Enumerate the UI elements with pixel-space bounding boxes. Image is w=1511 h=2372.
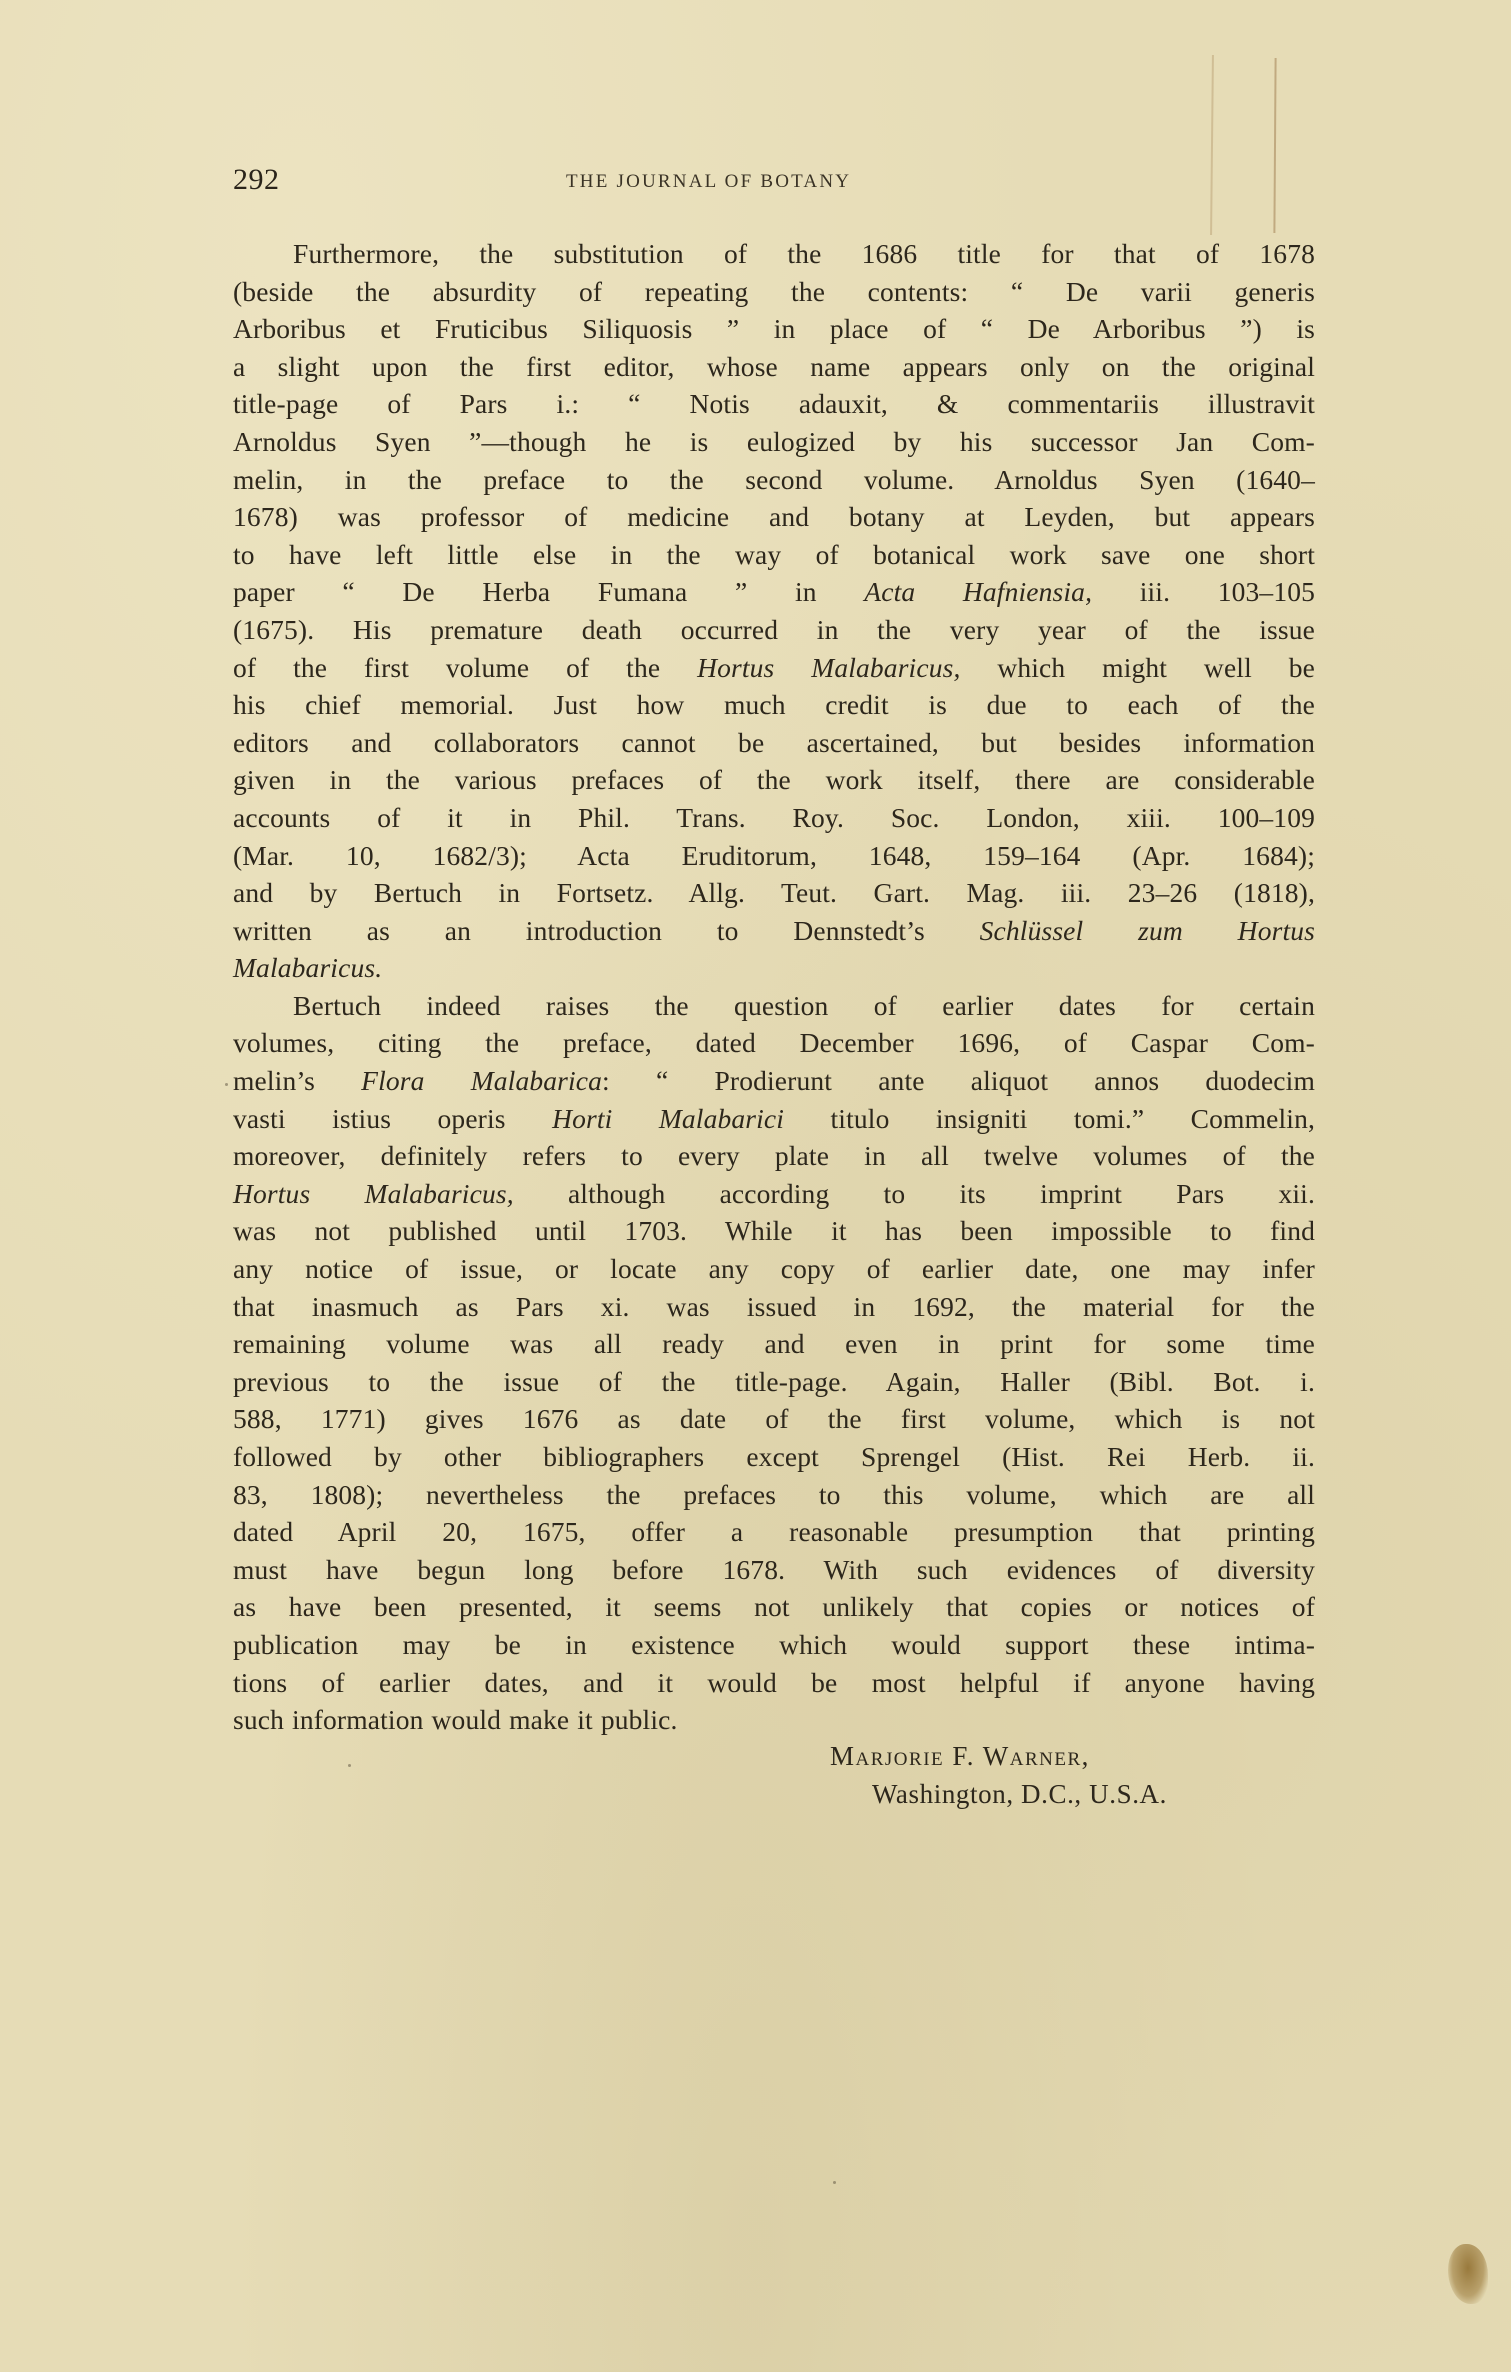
text-line: paper “ De Herba Fumana ” in Acta Hafnie… bbox=[233, 573, 1315, 611]
text-line: to have left little else in the way of b… bbox=[233, 536, 1315, 574]
text-run: (Mar. 10, 1682/3); Acta Eruditorum, 1648… bbox=[233, 840, 1315, 871]
text-run: any notice of issue, or locate any copy … bbox=[233, 1253, 1315, 1284]
text-line: melin’s Flora Malabarica: “ Prodierunt a… bbox=[233, 1062, 1315, 1100]
text-run: Arboribus et Fruticibus Siliquosis ” in … bbox=[233, 313, 1315, 344]
text-line: accounts of it in Phil. Trans. Roy. Soc.… bbox=[233, 799, 1315, 837]
text-line: melin, in the preface to the second volu… bbox=[233, 461, 1315, 499]
text-line: remaining volume was all ready and even … bbox=[233, 1325, 1315, 1363]
italic-title: Flora Malabarica bbox=[361, 1065, 602, 1096]
text-line: of the first volume of the Hortus Malaba… bbox=[233, 649, 1315, 687]
text-line: editors and collaborators cannot be asce… bbox=[233, 724, 1315, 762]
text-line: 1678) was professor of medicine and bota… bbox=[233, 498, 1315, 536]
text-run: (1675). His premature death occurred in … bbox=[233, 614, 1315, 645]
text-run: iii. 103–105 bbox=[1092, 576, 1315, 607]
text-line: a slight upon the first editor, whose na… bbox=[233, 348, 1315, 386]
text-line: and by Bertuch in Fortsetz. Allg. Teut. … bbox=[233, 874, 1315, 912]
text-run: (beside the absurdity of repeating the c… bbox=[233, 276, 1315, 307]
text-line: his chief memorial. Just how much credit… bbox=[233, 686, 1315, 724]
text-run: accounts of it in Phil. Trans. Roy. Soc.… bbox=[233, 802, 1315, 833]
text-line: (Mar. 10, 1682/3); Acta Eruditorum, 1648… bbox=[233, 837, 1315, 875]
text-line: that inasmuch as Pars xi. was issued in … bbox=[233, 1288, 1315, 1326]
text-line: publication may be in existence which wo… bbox=[233, 1626, 1315, 1664]
text-line: (1675). His premature death occurred in … bbox=[233, 611, 1315, 649]
text-line: 83, 1808); nevertheless the prefaces to … bbox=[233, 1476, 1315, 1514]
text-run: vasti istius operis bbox=[233, 1103, 552, 1134]
text-run: and by Bertuch in Fortsetz. Allg. Teut. … bbox=[233, 877, 1315, 908]
text-run: which might well be bbox=[960, 652, 1315, 683]
text-run: must have begun long before 1678. With s… bbox=[233, 1554, 1315, 1585]
italic-title: Hortus Malabaricus, bbox=[233, 1178, 514, 1209]
text-run: his chief memorial. Just how much credit… bbox=[233, 689, 1315, 720]
text-run: a slight upon the first editor, whose na… bbox=[233, 351, 1315, 382]
text-line: Bertuch indeed raises the question of ea… bbox=[233, 987, 1315, 1025]
italic-title: Malabaricus. bbox=[233, 952, 382, 983]
ink-stain bbox=[1448, 2244, 1488, 2304]
text-line: any notice of issue, or locate any copy … bbox=[233, 1250, 1315, 1288]
text-run: Furthermore, the substitution of the 168… bbox=[293, 238, 1315, 269]
text-run: Arnoldus Syen ”—though he is eulogized b… bbox=[233, 426, 1315, 457]
text-line: such information would make it public. bbox=[233, 1701, 1315, 1739]
text-run: given in the various prefaces of the wor… bbox=[233, 764, 1315, 795]
text-run: editors and collaborators cannot be asce… bbox=[233, 727, 1315, 758]
text-run: moreover, definitely refers to every pla… bbox=[233, 1140, 1315, 1171]
text-run: followed by other bibliographers except … bbox=[233, 1441, 1315, 1472]
text-run: publication may be in existence which wo… bbox=[233, 1629, 1315, 1660]
text-line: Arnoldus Syen ”—though he is eulogized b… bbox=[233, 423, 1315, 461]
text-run: dated April 20, 1675, offer a reasonable… bbox=[233, 1516, 1315, 1547]
text-run: such information would make it public. bbox=[233, 1704, 678, 1735]
text-run: paper “ De Herba Fumana ” in bbox=[233, 576, 864, 607]
italic-title: Horti Malabarici bbox=[552, 1103, 784, 1134]
running-head: THE JOURNAL OF BOTANY bbox=[566, 171, 946, 193]
paper-crease-mark bbox=[1273, 58, 1276, 233]
italic-title: Acta Hafniensia, bbox=[864, 576, 1092, 607]
paper-speck bbox=[833, 2181, 836, 2184]
article-body: Furthermore, the substitution of the 168… bbox=[233, 235, 1315, 1739]
text-line: 588, 1771) gives 1676 as date of the fir… bbox=[233, 1400, 1315, 1438]
text-run: written as an introduction to Dennstedt’… bbox=[233, 915, 980, 946]
text-line: moreover, definitely refers to every pla… bbox=[233, 1137, 1315, 1175]
text-line: Hortus Malabaricus, although according t… bbox=[233, 1175, 1315, 1213]
text-run: 1678) was professor of medicine and bota… bbox=[233, 501, 1315, 532]
text-line: Arboribus et Fruticibus Siliquosis ” in … bbox=[233, 310, 1315, 348]
paper-speck bbox=[225, 1083, 228, 1086]
text-run: was not published until 1703. While it h… bbox=[233, 1215, 1315, 1246]
text-line: dated April 20, 1675, offer a reasonable… bbox=[233, 1513, 1315, 1551]
text-run: melin, in the preface to the second volu… bbox=[233, 464, 1315, 495]
text-run: tions of earlier dates, and it would be … bbox=[233, 1667, 1315, 1698]
text-line: as have been presented, it seems not unl… bbox=[233, 1588, 1315, 1626]
text-run: : “ Prodierunt ante aliquot annos duodec… bbox=[602, 1065, 1315, 1096]
text-run: title-page of Pars i.: “ Notis adauxit, … bbox=[233, 388, 1315, 419]
text-line: vasti istius operis Horti Malabarici tit… bbox=[233, 1100, 1315, 1138]
text-run: as have been presented, it seems not unl… bbox=[233, 1591, 1315, 1622]
text-run: that inasmuch as Pars xi. was issued in … bbox=[233, 1291, 1315, 1322]
paper-crease-mark bbox=[1210, 55, 1214, 235]
text-run: volumes, citing the preface, dated Decem… bbox=[233, 1027, 1315, 1058]
text-line: followed by other bibliographers except … bbox=[233, 1438, 1315, 1476]
text-line: must have begun long before 1678. With s… bbox=[233, 1551, 1315, 1589]
text-line: previous to the issue of the title-page.… bbox=[233, 1363, 1315, 1401]
italic-title: Schlüssel zum Hortus bbox=[980, 915, 1315, 946]
text-run: 588, 1771) gives 1676 as date of the fir… bbox=[233, 1403, 1315, 1434]
journal-page: 292 THE JOURNAL OF BOTANY Furthermore, t… bbox=[0, 0, 1511, 2372]
text-run: titulo insigniti tomi.” Commelin, bbox=[784, 1103, 1315, 1134]
text-line: Furthermore, the substitution of the 168… bbox=[233, 235, 1315, 273]
text-line: was not published until 1703. While it h… bbox=[233, 1212, 1315, 1250]
paper-speck bbox=[348, 1764, 351, 1767]
text-line: Malabaricus. bbox=[233, 949, 1315, 987]
page-number: 292 bbox=[233, 163, 280, 197]
text-run: 83, 1808); nevertheless the prefaces to … bbox=[233, 1479, 1315, 1510]
text-line: (beside the absurdity of repeating the c… bbox=[233, 273, 1315, 311]
text-run: of the first volume of the bbox=[233, 652, 697, 683]
text-run: Bertuch indeed raises the question of ea… bbox=[293, 990, 1315, 1021]
text-run: melin’s bbox=[233, 1065, 361, 1096]
text-line: given in the various prefaces of the wor… bbox=[233, 761, 1315, 799]
text-run: remaining volume was all ready and even … bbox=[233, 1328, 1315, 1359]
text-run: to have left little else in the way of b… bbox=[233, 539, 1315, 570]
author-signature: Marjorie F. Warner, bbox=[830, 1741, 1090, 1772]
text-line: written as an introduction to Dennstedt’… bbox=[233, 912, 1315, 950]
text-line: volumes, citing the preface, dated Decem… bbox=[233, 1024, 1315, 1062]
italic-title: Hortus Malabaricus, bbox=[697, 652, 960, 683]
text-line: title-page of Pars i.: “ Notis adauxit, … bbox=[233, 385, 1315, 423]
author-location: Washington, D.C., U.S.A. bbox=[872, 1779, 1167, 1810]
text-run: previous to the issue of the title-page.… bbox=[233, 1366, 1315, 1397]
text-line: tions of earlier dates, and it would be … bbox=[233, 1664, 1315, 1702]
text-run: although according to its imprint Pars x… bbox=[514, 1178, 1315, 1209]
